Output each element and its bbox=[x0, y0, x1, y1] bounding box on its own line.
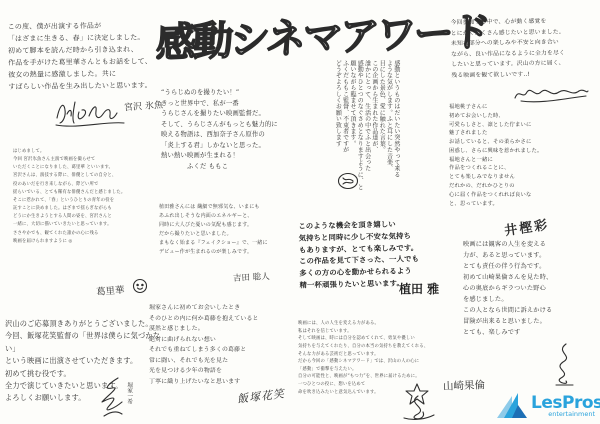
miyazawa-signature-flourish bbox=[52, 96, 130, 130]
scanned-message-board: 感動シネマアワード この度、僕が出演する作品が 「はざまに生きる、春」に決定しま… bbox=[0, 0, 600, 424]
message-katsura-rika: はじめまして。 今回 宮沢氷魚さん主演で映画を撮らせて いただくことになりました… bbox=[13, 148, 158, 246]
yamazaki-star-signature-flourish bbox=[396, 382, 438, 422]
ueda-signer-name: 植田 雅 bbox=[399, 280, 439, 297]
katsura-signer-name: 葛里華 bbox=[96, 282, 125, 298]
page-title: 感動シネマアワード bbox=[149, 0, 495, 69]
message-yoshida: 植田雅さんには 繊細で無邪気な、いまにも あふれ出しそうな内面のエネルギーと、 … bbox=[159, 203, 311, 257]
top-right-signature-flourish bbox=[512, 85, 590, 105]
miyazawa-signer-name: 宮沢 氷魚 bbox=[124, 98, 164, 114]
director-right-signature-flourish bbox=[549, 342, 579, 388]
yoshida-signer-name: 吉田 聡人 bbox=[233, 270, 270, 284]
message-horike-kazuki: 沢山のご応募頂きありがとうございました。 今回、飯塚花笑監督の「世界は僕らに気づ… bbox=[5, 318, 165, 405]
katsura-face-doodle-icon bbox=[132, 278, 148, 294]
horike-signer-name: 堀家一希 bbox=[126, 382, 132, 404]
lespros-logo-icon bbox=[495, 391, 529, 421]
yamazaki-signer-name: 山崎果倫 bbox=[443, 377, 485, 393]
horike-signature-flourish bbox=[98, 376, 126, 422]
message-igashi-aya: 福地桃子さんに 初めてお会いした時、 可愛らしさと、凛とした佇まいに 魅了されま… bbox=[449, 103, 599, 208]
message-uraji-vertical: 感動というものはだいたい突然やって来る ような気がします。ふと耳にした音楽、 目… bbox=[334, 60, 400, 218]
lespros-tagline-text: entertainment bbox=[531, 410, 595, 418]
igashi-signer-name: 井樫彩 bbox=[503, 214, 550, 239]
hanko-stamp-icon bbox=[337, 172, 359, 190]
message-fukuda-momoko: “うらじぬのを撮りたい！” きっと世界中で、私が一番 うらじさんを撮りたい映画監… bbox=[161, 88, 313, 173]
message-iizuka-kasho: 堀家さんに初めてお会いしたとき そのひとの内に何か葛藤を抱えていると 漠然と感じ… bbox=[149, 303, 321, 387]
message-director-right: 映画には観客の人生を変える 力が、あると思っています。 とても責任の伴う行為です… bbox=[463, 240, 600, 339]
message-miyazawa-hio: この度、僕が出演する作品が 「はざまに生きる、春」に決定しました。 初めて脚本を… bbox=[8, 19, 179, 93]
iizuka-signer-name: 飯塚花笑 bbox=[236, 385, 286, 407]
message-top-right: 今回参加する中で、心が動く感覚を とにかくたくさん感じたいと思いました。 未知な… bbox=[451, 16, 598, 81]
